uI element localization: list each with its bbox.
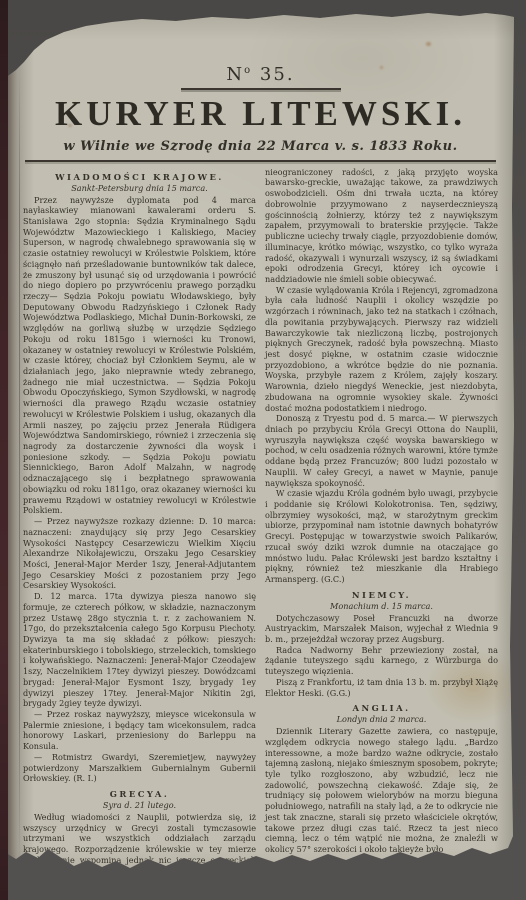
- section-heading: Anglia.: [265, 703, 498, 714]
- paragraph: — Przez naywyższe rozkazy dzienne: D. 10…: [23, 516, 256, 591]
- article-columns: Wiadomości Krajowe.Sankt-Petersburg dnia…: [23, 167, 498, 888]
- paragraph: Radca Nadworny Behr przewieziony został,…: [265, 645, 498, 677]
- binding-edge: [0, 0, 8, 900]
- section-heading: Grecya.: [23, 789, 256, 800]
- masthead-rule-short: [181, 88, 341, 90]
- paragraph: — Rotmistrz Gwardyi, Szeremietjew, naywy…: [23, 752, 256, 784]
- paragraph: Donoszą z Tryestu pod d. 5 marca.— W pie…: [265, 413, 498, 488]
- paragraph: Według wiadomości z Nauplii, potwierdza …: [23, 812, 256, 888]
- paragraph: Piszą z Frankfortu, iż tam dnia 13 b. m.…: [265, 677, 498, 698]
- section-heading: Niemcy.: [265, 590, 498, 601]
- paragraph: W czasie wylądowania Króla i Rejencyi, z…: [265, 285, 498, 414]
- section-dateline: Londyn dnia 2 marca.: [265, 714, 498, 725]
- section-dateline: Syra d. 21 lutego.: [23, 800, 256, 811]
- section-dateline: Sankt-Petersburg dnia 15 marca.: [23, 183, 256, 194]
- paragraph: W czasie wjazdu Króla godném było uwagi,…: [265, 488, 498, 584]
- paragraph: nieograniczoney radości, z jaką przyjęto…: [265, 167, 498, 285]
- masthead-rule-long: [25, 160, 496, 162]
- paragraph: — Przez roskaz naywyższy, mieysce wiceko…: [23, 709, 256, 752]
- edition-dateline: w Wilnie we Szrodę dnia 22 Marca v. s. 1…: [23, 139, 498, 154]
- masthead: No 35. KURYER LITEWSKI. w Wilnie we Szro…: [23, 64, 498, 162]
- issue-number: No 35.: [23, 64, 498, 85]
- paragraph: Dziennik Literary Gazette zawiera, co na…: [265, 726, 498, 855]
- scanned-newspaper-page: No 35. KURYER LITEWSKI. w Wilnie we Szro…: [0, 0, 526, 900]
- section-dateline: Monachium d. 15 marca.: [265, 601, 498, 612]
- newspaper-title: KURYER LITEWSKI.: [23, 96, 498, 133]
- newspaper-paper: No 35. KURYER LITEWSKI. w Wilnie we Szro…: [8, 6, 514, 888]
- paragraph: Dotychczasowy Poseł Francuzki na dworze …: [265, 613, 498, 645]
- column-right: nieograniczoney radości, z jaką przyjęto…: [265, 167, 498, 888]
- paragraph: Przez naywyższe dyplomata pod 4 marca na…: [23, 195, 256, 517]
- page-content: No 35. KURYER LITEWSKI. w Wilnie we Szro…: [8, 6, 514, 888]
- section-heading: Wiadomości Krajowe.: [23, 172, 256, 183]
- paragraph: D. 12 marca. 17ta dywizya piesza nanowo …: [23, 591, 256, 709]
- column-left: Wiadomości Krajowe.Sankt-Petersburg dnia…: [23, 167, 256, 888]
